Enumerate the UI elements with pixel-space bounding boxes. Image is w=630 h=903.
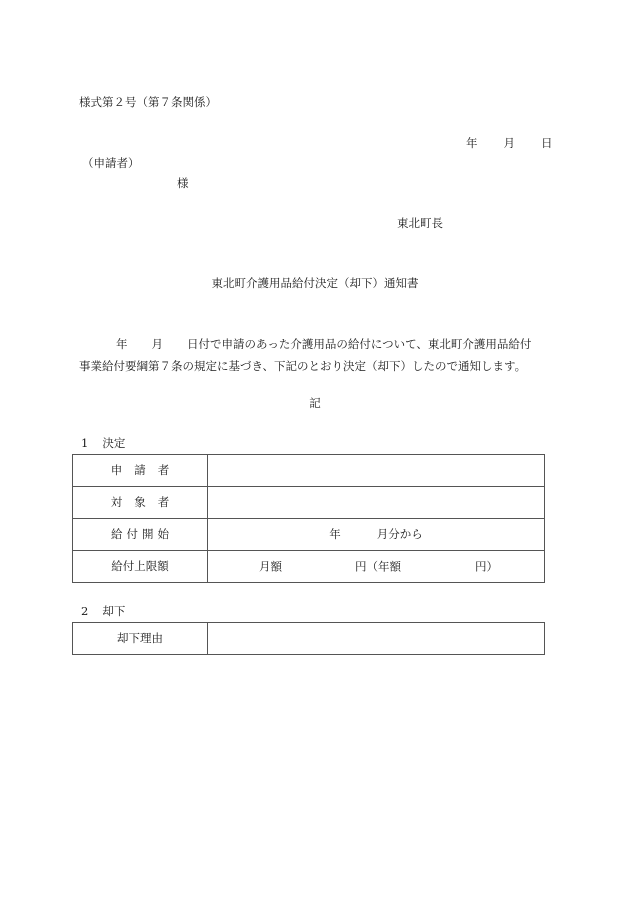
table-row-start: 給付開始 年月分から bbox=[73, 519, 545, 551]
section-2-number: 2 bbox=[81, 604, 88, 618]
document-title: 東北町介護用品給付決定（却下）通知書 bbox=[0, 278, 630, 290]
yen-close-label: 円） bbox=[475, 561, 498, 573]
subject-field[interactable] bbox=[208, 487, 545, 519]
ki-marker: 記 bbox=[0, 398, 630, 410]
start-month: 月分から bbox=[377, 527, 423, 541]
table-row-applicant: 申請者 bbox=[73, 455, 545, 487]
body-paragraph: 年月日付で申請のあった介護用品の給付について、東北町介護用品給付 事業給付要綱第… bbox=[79, 333, 554, 377]
body-month: 月 bbox=[152, 337, 164, 351]
section-1-number: 1 bbox=[81, 436, 88, 450]
decision-table: 申請者 対象者 給付開始 年月分から 給付上限額 月額円（年額円） bbox=[72, 454, 545, 583]
issuer: 東北町長 bbox=[397, 218, 443, 230]
section-2-heading: 2却下 bbox=[81, 606, 125, 618]
rejection-reason-field[interactable] bbox=[208, 623, 545, 655]
table-row-limit: 給付上限額 月額円（年額円） bbox=[73, 551, 545, 583]
date-line: 年月日 bbox=[466, 138, 553, 150]
applicant-label: （申請者） bbox=[82, 158, 140, 170]
body-line-2: 事業給付要綱第７条の規定に基づき、下記のとおり決定（却下）したので通知します。 bbox=[79, 355, 554, 377]
honorific: 様 bbox=[177, 178, 189, 190]
row-label: 却下理由 bbox=[73, 623, 208, 655]
applicant-field[interactable] bbox=[208, 455, 545, 487]
body-line-1-text: 日付で申請のあった介護用品の給付について、東北町介護用品給付 bbox=[187, 337, 531, 351]
section-2-title: 却下 bbox=[102, 604, 125, 618]
table-row-rejection-reason: 却下理由 bbox=[73, 623, 545, 655]
limit-field[interactable]: 月額円（年額円） bbox=[208, 551, 545, 583]
row-label: 申請者 bbox=[73, 455, 208, 487]
yen-annual-label: 円（年額 bbox=[355, 561, 401, 573]
row-label: 給付上限額 bbox=[73, 551, 208, 583]
rejection-table: 却下理由 bbox=[72, 622, 545, 655]
body-year: 年 bbox=[116, 337, 128, 351]
date-year: 年 bbox=[466, 138, 478, 150]
table-row-subject: 対象者 bbox=[73, 487, 545, 519]
row-label: 対象者 bbox=[73, 487, 208, 519]
start-field[interactable]: 年月分から bbox=[208, 519, 545, 551]
row-label: 給付開始 bbox=[73, 519, 208, 551]
section-1-title: 決定 bbox=[102, 436, 125, 450]
form-number: 様式第２号（第７条関係） bbox=[79, 97, 217, 109]
applicant-row-label: 申請者 bbox=[99, 463, 182, 477]
monthly-label: 月額 bbox=[259, 561, 282, 573]
section-1-heading: 1決定 bbox=[81, 438, 125, 450]
date-month: 月 bbox=[504, 138, 516, 150]
subject-row-label: 対象者 bbox=[99, 495, 182, 509]
body-line-1: 年月日付で申請のあった介護用品の給付について、東北町介護用品給付 bbox=[79, 333, 554, 355]
start-year: 年 bbox=[329, 527, 341, 541]
start-row-label: 給付開始 bbox=[107, 527, 173, 541]
date-day: 日 bbox=[541, 138, 553, 150]
